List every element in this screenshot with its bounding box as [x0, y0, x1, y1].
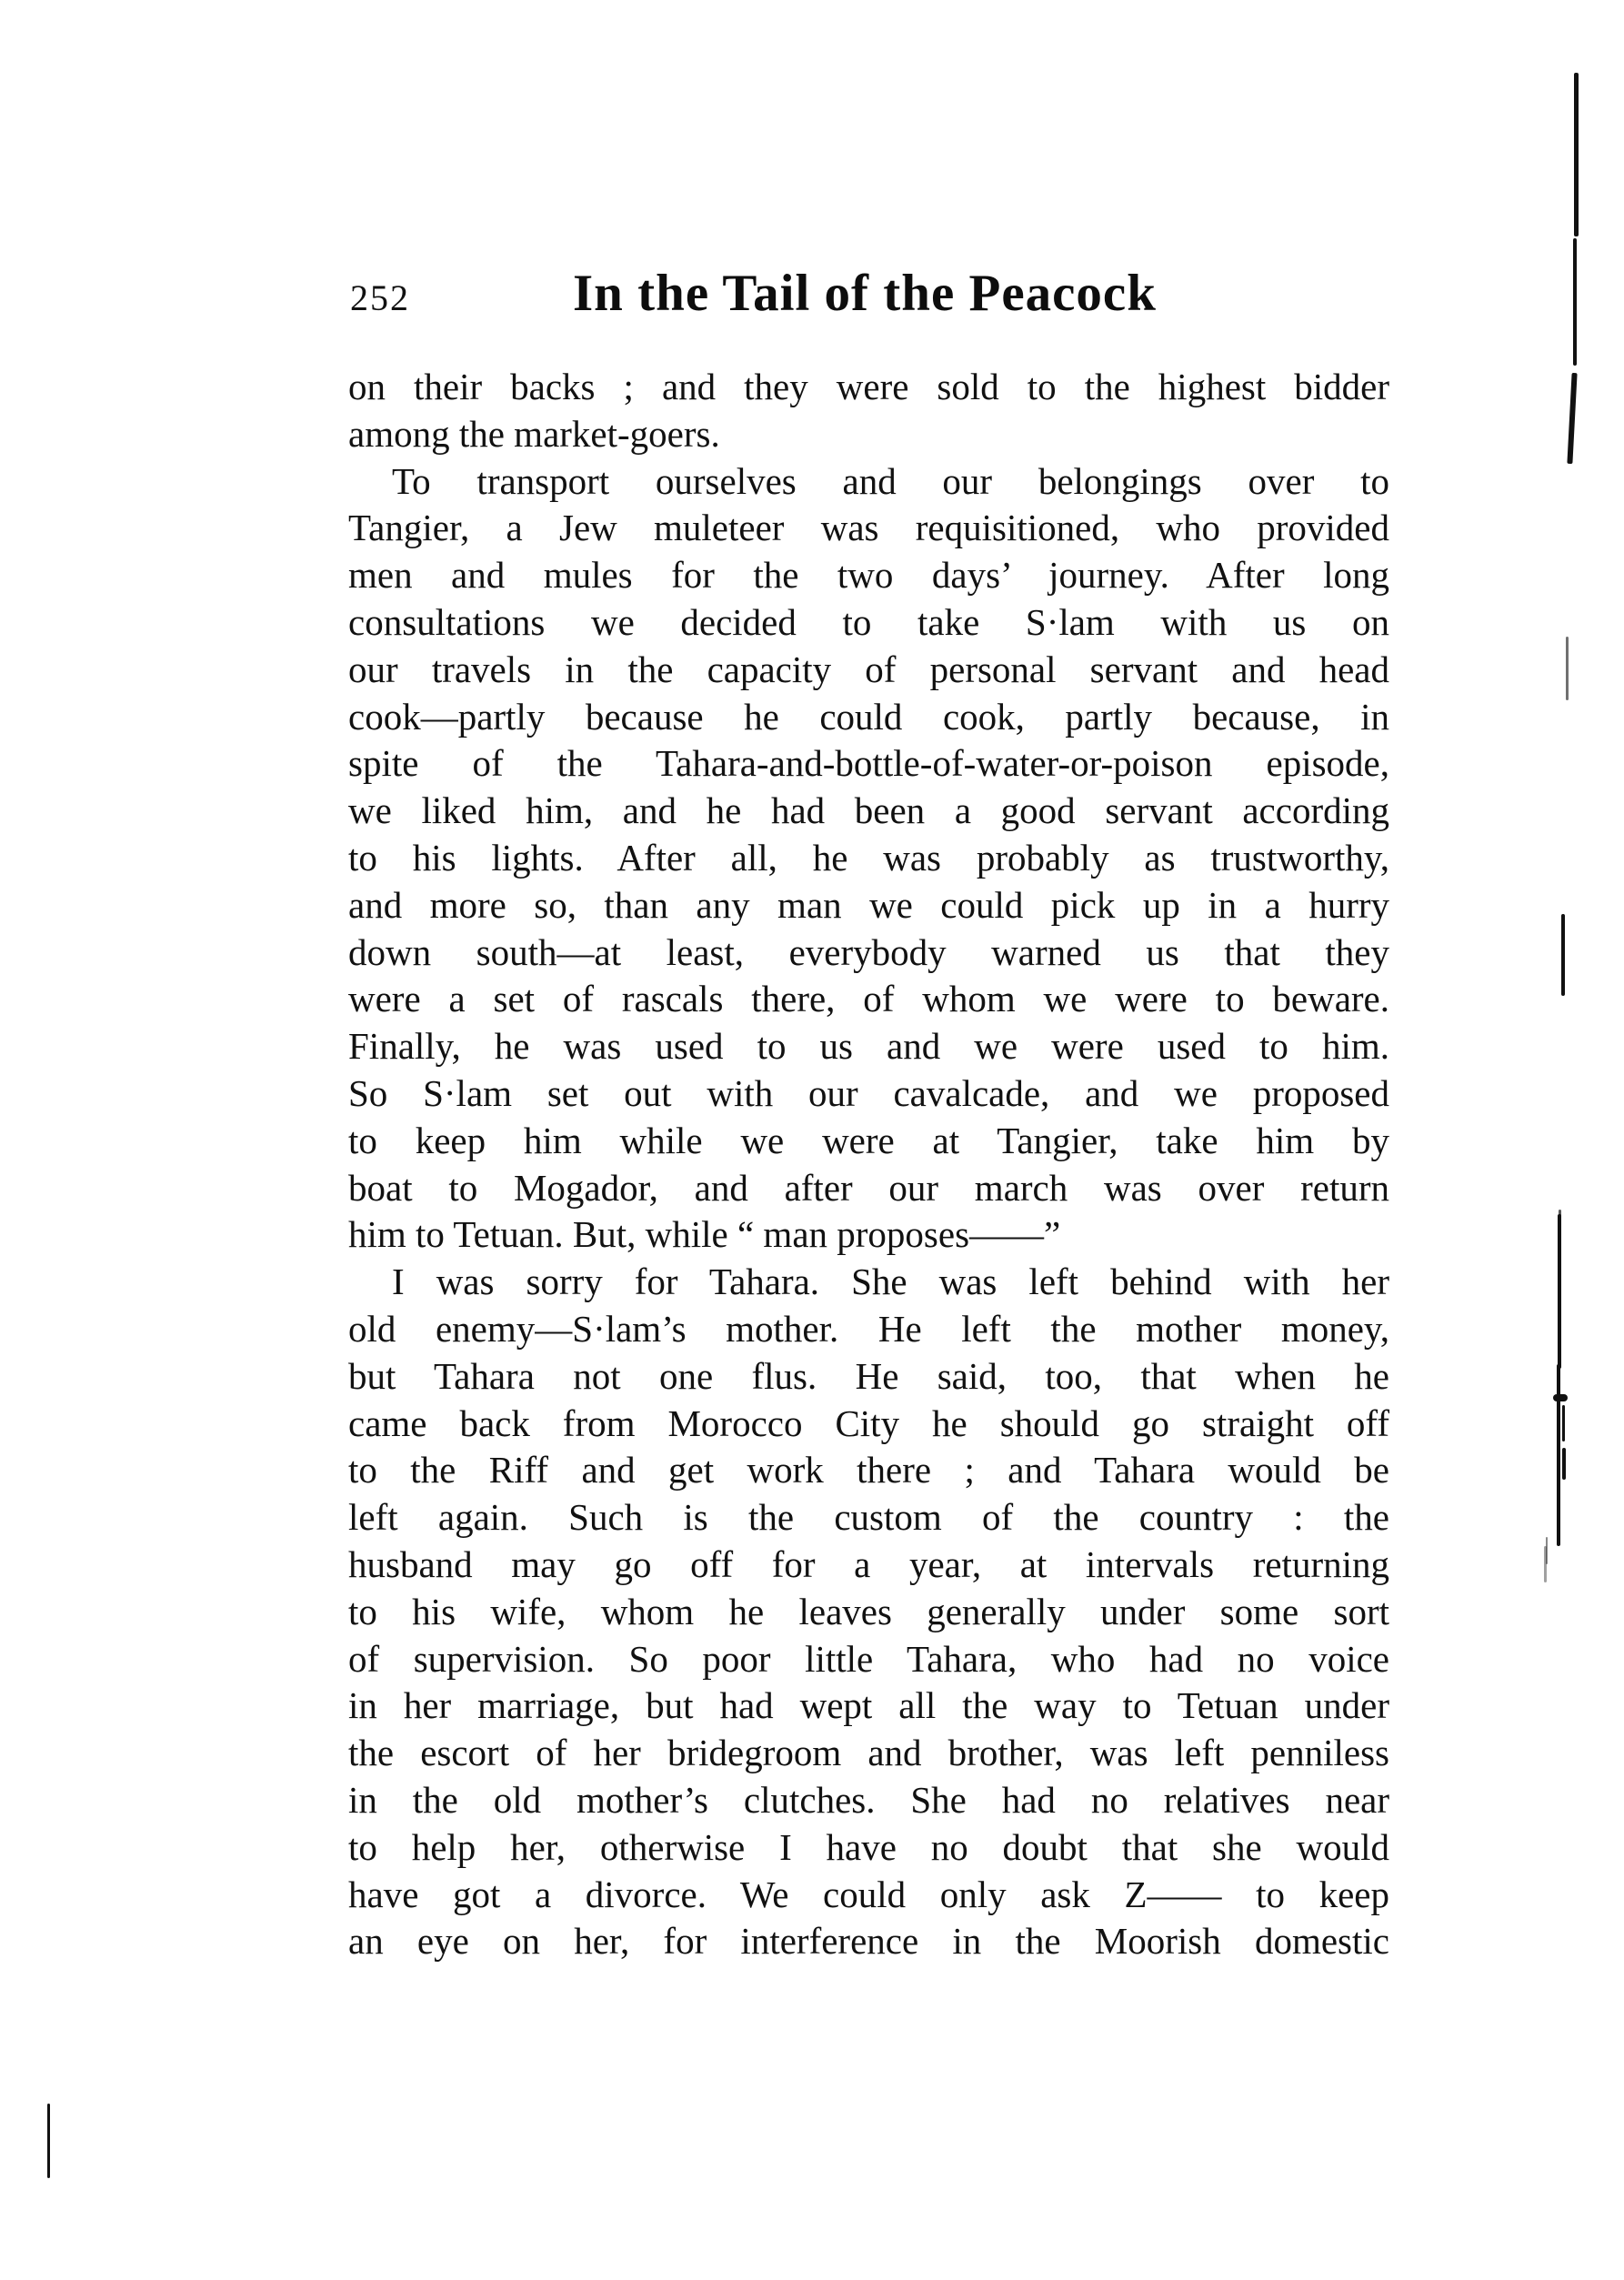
text-line: Finally, he was used to us and we were u…	[348, 1023, 1389, 1070]
text-line: So S·lam set out with our cavalcade, and…	[348, 1070, 1389, 1118]
text-line: came back from Morocco City he should go…	[348, 1401, 1389, 1448]
text-line: men and mules for the two days’ journey.…	[348, 552, 1389, 599]
text-line: him to Tetuan. But, while “ man proposes…	[348, 1211, 1389, 1259]
text-line: down south—at least, everybody warned us…	[348, 929, 1389, 977]
scan-edge-mark	[1544, 1546, 1547, 1582]
text-line: have got a divorce. We could only ask Z—…	[348, 1872, 1389, 1919]
text-line: old enemy—S·lam’s mother. He left the mo…	[348, 1306, 1389, 1353]
text-line: I was sorry for Tahara. She was left beh…	[348, 1259, 1389, 1306]
scan-edge-mark	[1566, 637, 1569, 700]
text-line: the escort of her bridegroom and brother…	[348, 1730, 1389, 1777]
text-line: of supervision. So poor little Tahara, w…	[348, 1636, 1389, 1683]
text-line: To transport ourselves and our belonging…	[348, 458, 1389, 506]
text-line: to his lights. After all, he was probabl…	[348, 835, 1389, 882]
text-line: husband may go off for a year, at interv…	[348, 1542, 1389, 1589]
book-page: 252 In the Tail of the Peacock on their …	[0, 0, 1624, 2280]
text-line: our travels in the capacity of personal …	[348, 647, 1389, 694]
running-head: 252 In the Tail of the Peacock	[348, 264, 1389, 327]
page-number: 252	[350, 276, 410, 319]
text-line: on their backs ; and they were sold to t…	[348, 364, 1389, 411]
scan-edge-mark	[1574, 73, 1579, 236]
text-line: consultations we decided to take S·lam w…	[348, 599, 1389, 647]
scan-edge-mark	[1562, 1448, 1566, 1480]
text-line: to keep him while we were at Tangier, ta…	[348, 1118, 1389, 1165]
scan-edge-mark	[1562, 1405, 1565, 1441]
text-line: cook—partly because he could cook, partl…	[348, 694, 1389, 741]
text-line: left again. Such is the custom of the co…	[348, 1494, 1389, 1542]
text-line: in the old mother’s clutches. She had no…	[348, 1777, 1389, 1824]
text-line: we liked him, and he had been a good ser…	[348, 788, 1389, 835]
scan-edge-mark	[1553, 1394, 1568, 1401]
text-line: in her marriage, but had wept all the wa…	[348, 1682, 1389, 1730]
text-line: to help her, otherwise I have no doubt t…	[348, 1824, 1389, 1872]
running-title: In the Tail of the Peacock	[573, 264, 1157, 323]
scan-edge-mark	[1558, 1214, 1561, 1369]
text-line: an eye on her, for interference in the M…	[348, 1918, 1389, 1965]
text-line: and more so, than any man we could pick …	[348, 882, 1389, 929]
scan-edge-mark	[47, 2104, 50, 2178]
scan-edge-mark	[1557, 1364, 1560, 1546]
text-line: boat to Mogador, and after our march was…	[348, 1165, 1389, 1212]
scan-edge-mark	[1567, 373, 1577, 464]
body-text: on their backs ; and they were sold to t…	[348, 364, 1389, 1965]
text-line: to his wife, whom he leaves generally un…	[348, 1589, 1389, 1636]
text-line: among the market-goers.	[348, 411, 1389, 458]
text-line: Tangier, a Jew muleteer was requisitione…	[348, 505, 1389, 552]
text-line: to the Riff and get work there ; and Tah…	[348, 1447, 1389, 1494]
scan-edge-mark	[1573, 238, 1577, 366]
text-line: were a set of rascals there, of whom we …	[348, 976, 1389, 1023]
text-line: but Tahara not one flus. He said, too, t…	[348, 1353, 1389, 1401]
text-line: spite of the Tahara-and-bottle-of-water-…	[348, 740, 1389, 788]
scan-edge-mark	[1561, 914, 1565, 996]
